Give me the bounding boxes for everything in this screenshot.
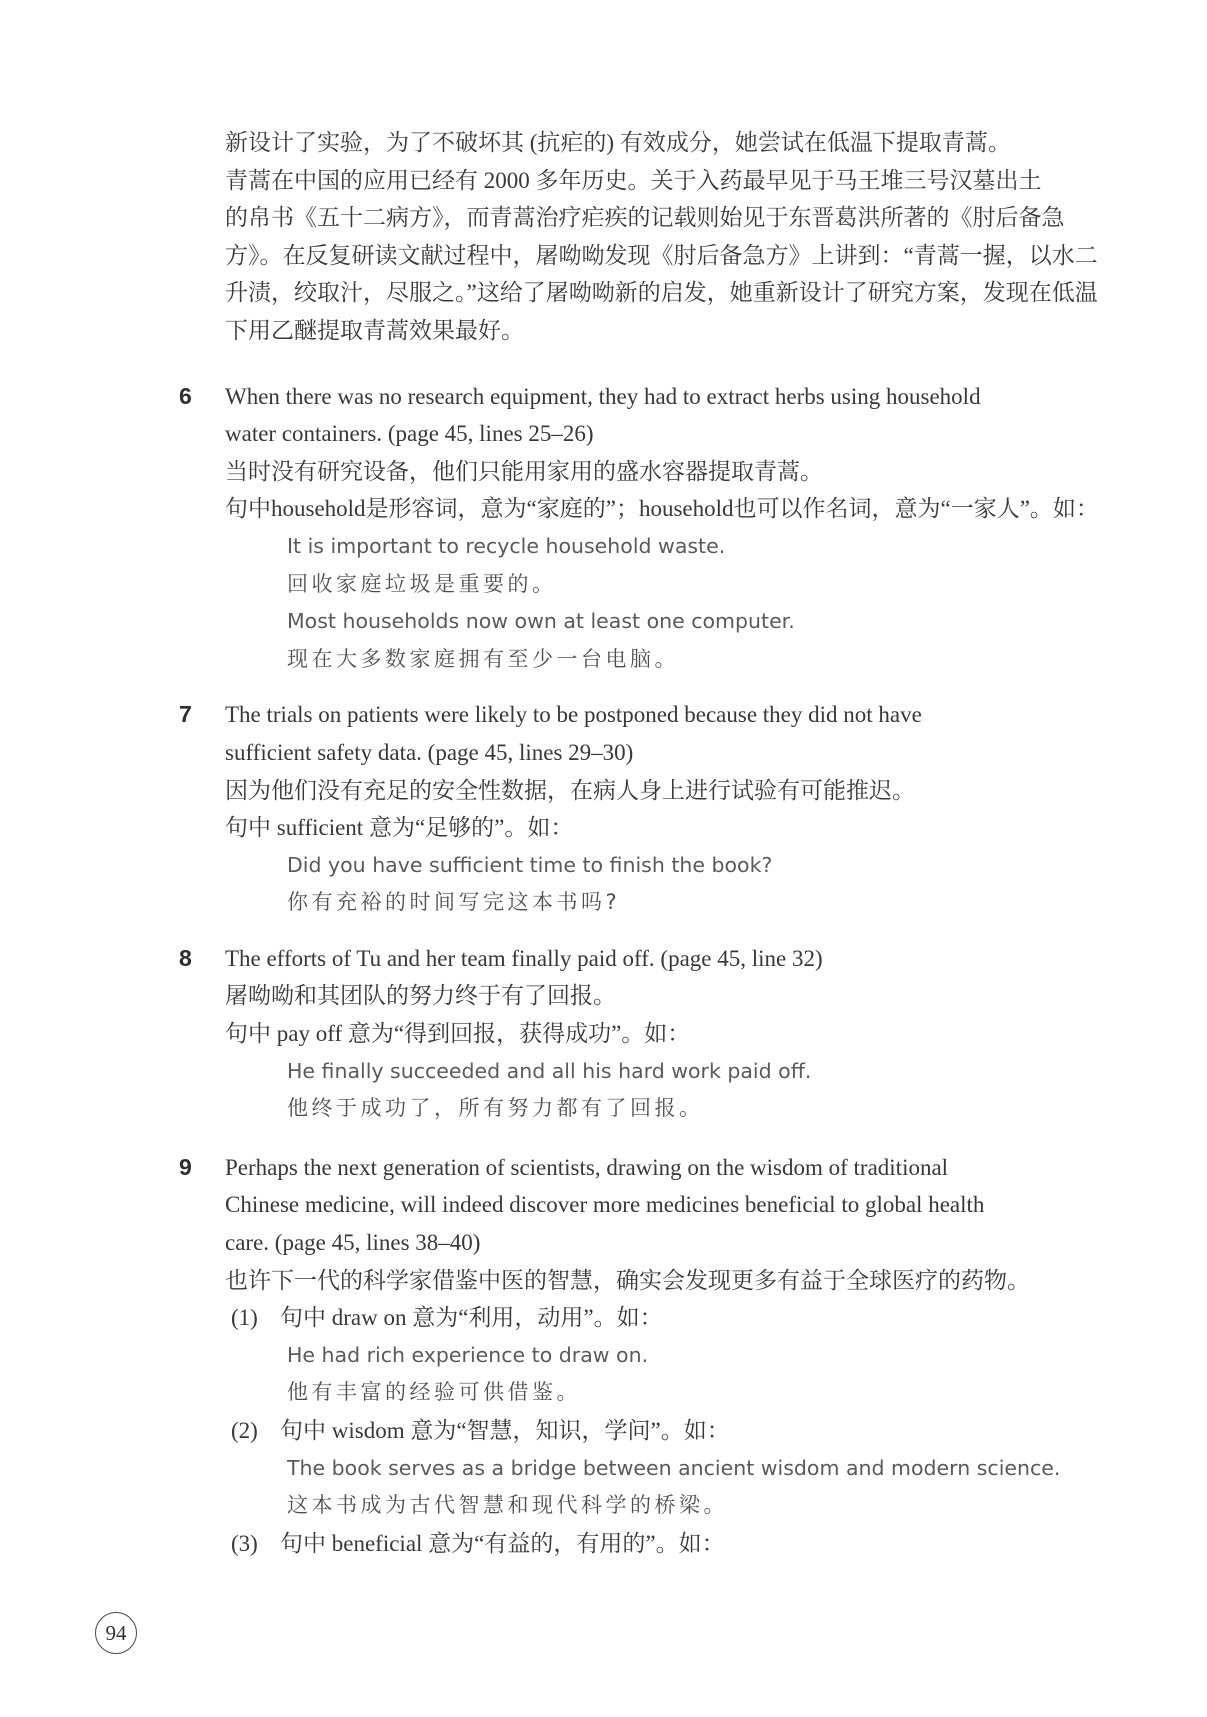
statement-line: When there was no research equipment, th… — [225, 378, 1207, 416]
example-english-line: Most households now own at least one com… — [287, 603, 1207, 641]
sub-item-3: (3) 句中 beneficial 意为“有益的，有用的”。如： — [225, 1525, 1207, 1563]
exercise-item-8: 8 The efforts of Tu and her team finally… — [179, 940, 1207, 1128]
paragraph-line: 青蒿在中国的应用已经有 2000 多年历史。关于入药最早见于马王堆三号汉墓出土 — [225, 162, 1207, 200]
item-body: Perhaps the next generation of scientist… — [225, 1149, 1207, 1563]
statement-line: Chinese medicine, will indeed discover m… — [225, 1186, 1207, 1224]
sub-item-marker: (3) — [231, 1525, 280, 1563]
exercise-item-6: 6 When there was no research equipment, … — [179, 378, 1207, 679]
paragraph-line: 下用乙醚提取青蒿效果最好。 — [225, 312, 1207, 350]
intro-paragraph: 新设计了实验，为了不破坏其 (抗疟的) 有效成分，她尝试在低温下提取青蒿。 青蒿… — [225, 124, 1207, 350]
statement-line: Perhaps the next generation of scientist… — [225, 1149, 1207, 1187]
translation-line: 屠呦呦和其团队的努力终于有了回报。 — [225, 977, 1207, 1015]
item-number: 8 — [179, 940, 225, 1128]
paragraph-line: 升渍，绞取汁，尽服之。”这给了屠呦呦新的启发，她重新设计了研究方案，发现在低温 — [225, 274, 1207, 312]
translation-line: 也许下一代的科学家借鉴中医的智慧，确实会发现更多有益于全球医疗的药物。 — [225, 1262, 1207, 1300]
statement-line: care. (page 45, lines 38–40) — [225, 1224, 1207, 1262]
example-chinese-line: 你有充裕的时间写完这本书吗? — [287, 884, 1207, 922]
sub-item-marker: (1) — [231, 1299, 280, 1337]
item-body: The trials on patients were likely to be… — [225, 696, 1207, 922]
statement-line: water containers. (page 45, lines 25–26) — [225, 415, 1207, 453]
example-english-line: It is important to recycle household was… — [287, 528, 1207, 566]
paragraph-line: 的帛书《五十二病方》，而青蒿治疗疟疾的记载则始见于东晋葛洪所著的《肘后备急 — [225, 199, 1207, 237]
example-english-line: The book serves as a bridge between anci… — [287, 1450, 1207, 1488]
usage-note-line: 句中 pay off 意为“得到回报，获得成功”。如： — [225, 1015, 1207, 1053]
example-chinese-line: 回收家庭垃圾是重要的。 — [287, 566, 1207, 604]
translation-line: 因为他们没有充足的安全性数据，在病人身上进行试验有可能推迟。 — [225, 772, 1207, 810]
paragraph-line: 新设计了实验，为了不破坏其 (抗疟的) 有效成分，她尝试在低温下提取青蒿。 — [225, 124, 1207, 162]
statement-line: sufficient safety data. (page 45, lines … — [225, 734, 1207, 772]
statement-line: The efforts of Tu and her team finally p… — [225, 940, 1207, 978]
example-english-line: He finally succeeded and all his hard wo… — [287, 1053, 1207, 1091]
sub-item-note: 句中 wisdom 意为“智慧，知识，学问”。如： — [280, 1412, 730, 1450]
statement-line: The trials on patients were likely to be… — [225, 696, 1207, 734]
example-english-line: Did you have sufficient time to finish t… — [287, 847, 1207, 885]
example-chinese-line: 他有丰富的经验可供借鉴。 — [287, 1374, 1207, 1412]
item-body: The efforts of Tu and her team finally p… — [225, 940, 1207, 1128]
page-content: 新设计了实验，为了不破坏其 (抗疟的) 有效成分，她尝试在低温下提取青蒿。 青蒿… — [0, 124, 1207, 1562]
usage-note-line: 句中household是形容词，意为“家庭的”；household也可以作名词，… — [225, 490, 1207, 528]
exercise-item-9: 9 Perhaps the next generation of scienti… — [179, 1149, 1207, 1563]
sub-item-note: 句中 beneficial 意为“有益的，有用的”。如： — [280, 1525, 725, 1563]
page-number-badge: 94 — [95, 1612, 137, 1654]
exercise-item-7: 7 The trials on patients were likely to … — [179, 696, 1207, 922]
translation-line: 当时没有研究设备，他们只能用家用的盛水容器提取青蒿。 — [225, 453, 1207, 491]
item-number: 7 — [179, 696, 225, 922]
example-chinese-line: 这本书成为古代智慧和现代科学的桥梁。 — [287, 1487, 1207, 1525]
example-chinese-line: 现在大多数家庭拥有至少一台电脑。 — [287, 641, 1207, 679]
paragraph-line: 方》。在反复研读文献过程中，屠呦呦发现《肘后备急方》上讲到：“青蒿一握，以水二 — [225, 237, 1207, 275]
sub-item-1: (1) 句中 draw on 意为“利用，动用”。如： — [225, 1299, 1207, 1337]
item-number: 9 — [179, 1149, 225, 1563]
item-body: When there was no research equipment, th… — [225, 378, 1207, 679]
page-number: 94 — [106, 1621, 127, 1646]
sub-item-note: 句中 draw on 意为“利用，动用”。如： — [280, 1299, 663, 1337]
textbook-page: 新设计了实验，为了不破坏其 (抗疟的) 有效成分，她尝试在低温下提取青蒿。 青蒿… — [0, 0, 1207, 1717]
sub-item-marker: (2) — [231, 1412, 280, 1450]
example-chinese-line: 他终于成功了，所有努力都有了回报。 — [287, 1090, 1207, 1128]
usage-note-line: 句中 sufficient 意为“足够的”。如： — [225, 809, 1207, 847]
item-number: 6 — [179, 378, 225, 679]
example-english-line: He had rich experience to draw on. — [287, 1337, 1207, 1375]
sub-item-2: (2) 句中 wisdom 意为“智慧，知识，学问”。如： — [225, 1412, 1207, 1450]
